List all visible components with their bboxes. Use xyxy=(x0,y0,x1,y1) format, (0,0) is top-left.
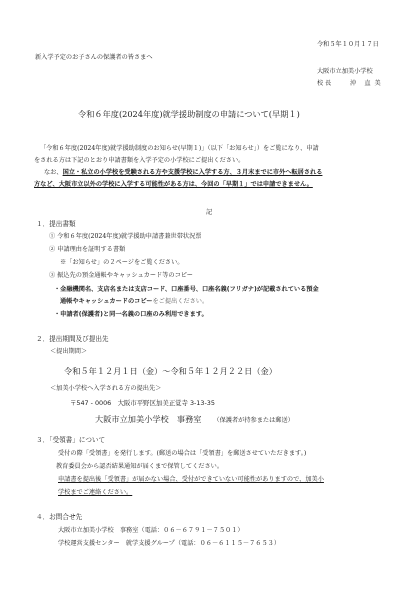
office-note: （保護者が持参または郵送） xyxy=(213,417,293,424)
intro-line-3: なお、国立・私立の小学校を受験される方や支援学校に入学する方、３月末までに市外へ… xyxy=(44,170,322,176)
bank-bullet-2: ・申請者(保護者)と同一名義の口座のみ利用できます。 xyxy=(54,312,208,318)
intro-line-1: 「令和６年度(2024年度)就学援助制度のお知らせ(早期１)」（以下「お知らせ」… xyxy=(40,146,319,152)
receipt-line-2: 教育委員会から認否結果通知が届くまで保管してください。 xyxy=(56,464,223,470)
receipt-line-4: 学校までご連絡ください。 xyxy=(58,490,132,496)
document-date: 令和５年１０月１７日 xyxy=(317,42,379,48)
bank-bullet-1: ・金融機関名、支店名または支店コード、口座番号、口座名義(フリガナ)が記載されて… xyxy=(54,287,319,293)
principal-title: 校 長 xyxy=(317,81,331,87)
section-1-heading: １．提出書類 xyxy=(36,221,76,228)
school-address: 〒547 - 0006 大阪市平野区加美正覚寺 3-13-35 xyxy=(70,400,215,406)
ki-label: 記 xyxy=(206,210,212,216)
section-4-heading: ４．お問合せ先 xyxy=(36,514,82,521)
doc-item-3: ③ 振込先の預金通帳やキャッシュカード等のコピー xyxy=(49,273,193,279)
bank-bullet-1-bold: 通帳やキャッシュカードのコピー xyxy=(60,298,152,305)
contact-school: 大阪市立加美小学校 事務室（電話：０６－６７９１－７５０１） xyxy=(58,528,244,534)
section-2-heading: ２．提出期間及び提出先 xyxy=(36,336,109,343)
receipt-line-1: 受付の際「受領書」を発行します。(郵送の場合は「受領書」を郵送させていただきます… xyxy=(58,451,306,457)
doc-item-2-note: ※「お知らせ」の２ページをご覧ください。 xyxy=(60,260,183,266)
addressee: 新入学予定のお子さんの保護者の皆さまへ xyxy=(35,55,153,61)
intro-line-2: をされる方は下記のとおり申請書類を入学予定の小学校にご提出ください。 xyxy=(34,158,244,164)
period-label: ＜提出期間＞ xyxy=(50,349,87,355)
section-3-heading: ３．「受領書」について xyxy=(36,437,105,444)
contact-support-center: 学校運営支援センター 就学支援グループ（電話：０６－６１１５－７６５３） xyxy=(58,541,280,547)
bank-bullet-1-line-2: 通帳やキャッシュカードのコピーをご提出ください。 xyxy=(60,299,208,305)
receipt-line-3: 申請書を提出後「受領書」が届かない場合、受付ができていない可能性がありますので、… xyxy=(58,477,324,483)
office-line: 大阪市立加美小学校 事務室 （保護者が持参または郵送） xyxy=(95,415,294,424)
school-name: 大阪市立加美小学校 xyxy=(317,69,373,75)
principal-name: 沖 直 美 xyxy=(350,81,382,87)
office-name: 大阪市立加美小学校 事務室 xyxy=(95,414,201,424)
bank-bullet-1-normal: をご提出ください。 xyxy=(152,298,208,305)
submission-period: 令和５年１２月１日（金）～令和５年１２月２２日（金） xyxy=(64,367,277,375)
page-title: 令和６年度(2024年度)就学援助制度の申請について(早期１) xyxy=(78,110,300,118)
intro-warning-1: 国立・私立の小学校を受験される方や支援学校に入学する方、３月末までに市外へ転居さ… xyxy=(63,169,323,176)
intro-warning-2: 方など、大阪市立以外の学校に入学する可能性がある方は、今回の「早期１」では申請で… xyxy=(34,182,313,188)
destination-label: ＜加美小学校へ入学される方の提出先＞ xyxy=(50,386,161,392)
intro-note-prefix: なお、 xyxy=(44,169,63,176)
doc-item-1: ① 令和６年度(2024年度)就学援助申請書兼世帯状況票 xyxy=(49,234,201,240)
doc-item-2: ② 申請理由を証明する書類 xyxy=(49,247,125,253)
